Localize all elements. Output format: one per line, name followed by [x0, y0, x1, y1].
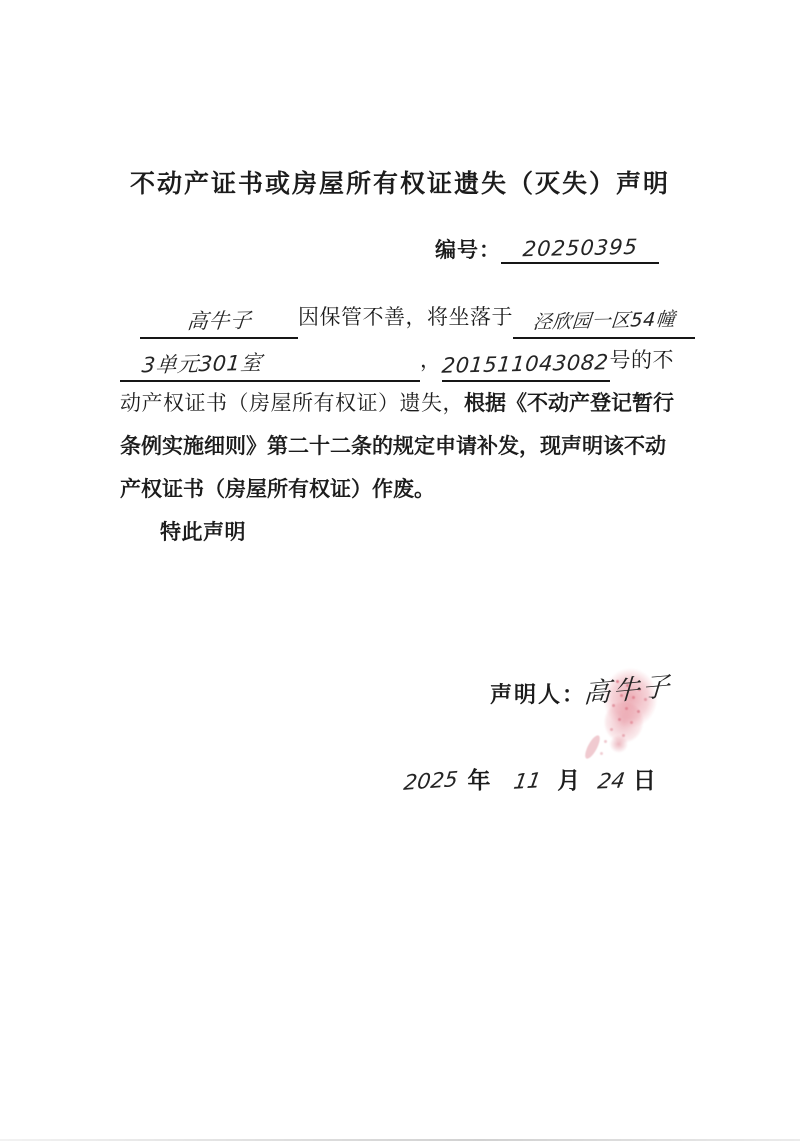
body-line-5: 产权证书（房屋所有权证）作废。 [120, 468, 686, 511]
declarant-name-blank: 高牛子 [140, 306, 298, 339]
declarant-name-handwritten: 高牛子 [185, 305, 252, 336]
body-line-2: 3单元301室，201511043082号的不 [120, 339, 686, 382]
month-label: 月 [557, 767, 580, 793]
declarant-signature: 高牛子 [583, 664, 673, 710]
address-handwritten-1: 泾欣园一区54幢 [532, 305, 677, 338]
separator-comma: ， [420, 348, 442, 372]
address-blank-2: 3单元301室 [120, 349, 420, 382]
number-label: 编号： [435, 238, 501, 262]
body-line-3: 动产权证书（房屋所有权证）遗失，根据《不动产登记暂行 [120, 382, 686, 425]
body-line-4: 条例实施细则》第二十二条的规定申请补发，现声明该不动 [120, 425, 686, 468]
closing-statement: 特此声明 [120, 511, 686, 554]
document-title: 不动产证书或房屋所有权证遗失（灭失）声明 [0, 164, 800, 200]
number-blank: 20250395 [501, 236, 659, 264]
line3-serif-segment: 动产权证书（房屋所有权证）遗失， [120, 391, 464, 415]
address-blank-1: 泾欣园一区54幢 [513, 305, 695, 339]
address-handwritten-2: 3单元301室 [141, 348, 264, 381]
line2-suffix: 号的不 [610, 348, 675, 372]
date-line: 2025年11月24日 [404, 762, 656, 795]
date-day-handwritten: 24 [596, 769, 626, 794]
certificate-number-handwritten: 201511043082 [441, 347, 610, 380]
date-month-handwritten: 11 [512, 768, 543, 793]
body-line-1: 高牛子因保管不善，将坐落于泾欣园一区54幢 [120, 296, 686, 339]
year-label: 年 [467, 767, 490, 793]
scanned-declaration-document: 不动产证书或房屋所有权证遗失（灭失）声明 编号：20250395 高牛子因保管不… [0, 0, 800, 1141]
declarant-label: 声明人： [490, 678, 586, 709]
certificate-number-blank: 201511043082 [442, 349, 610, 382]
declaration-body: 高牛子因保管不善，将坐落于泾欣园一区54幢 3单元301室，2015110430… [120, 296, 686, 554]
reason-text: 因保管不善，将坐落于 [298, 305, 513, 329]
day-label: 日 [633, 767, 656, 793]
number-handwritten-value: 20250395 [521, 235, 638, 261]
date-year-handwritten: 2025 [402, 767, 459, 795]
line3-bold-segment: 根据《不动产登记暂行 [464, 392, 674, 415]
document-number-line: 编号：20250395 [435, 234, 659, 264]
